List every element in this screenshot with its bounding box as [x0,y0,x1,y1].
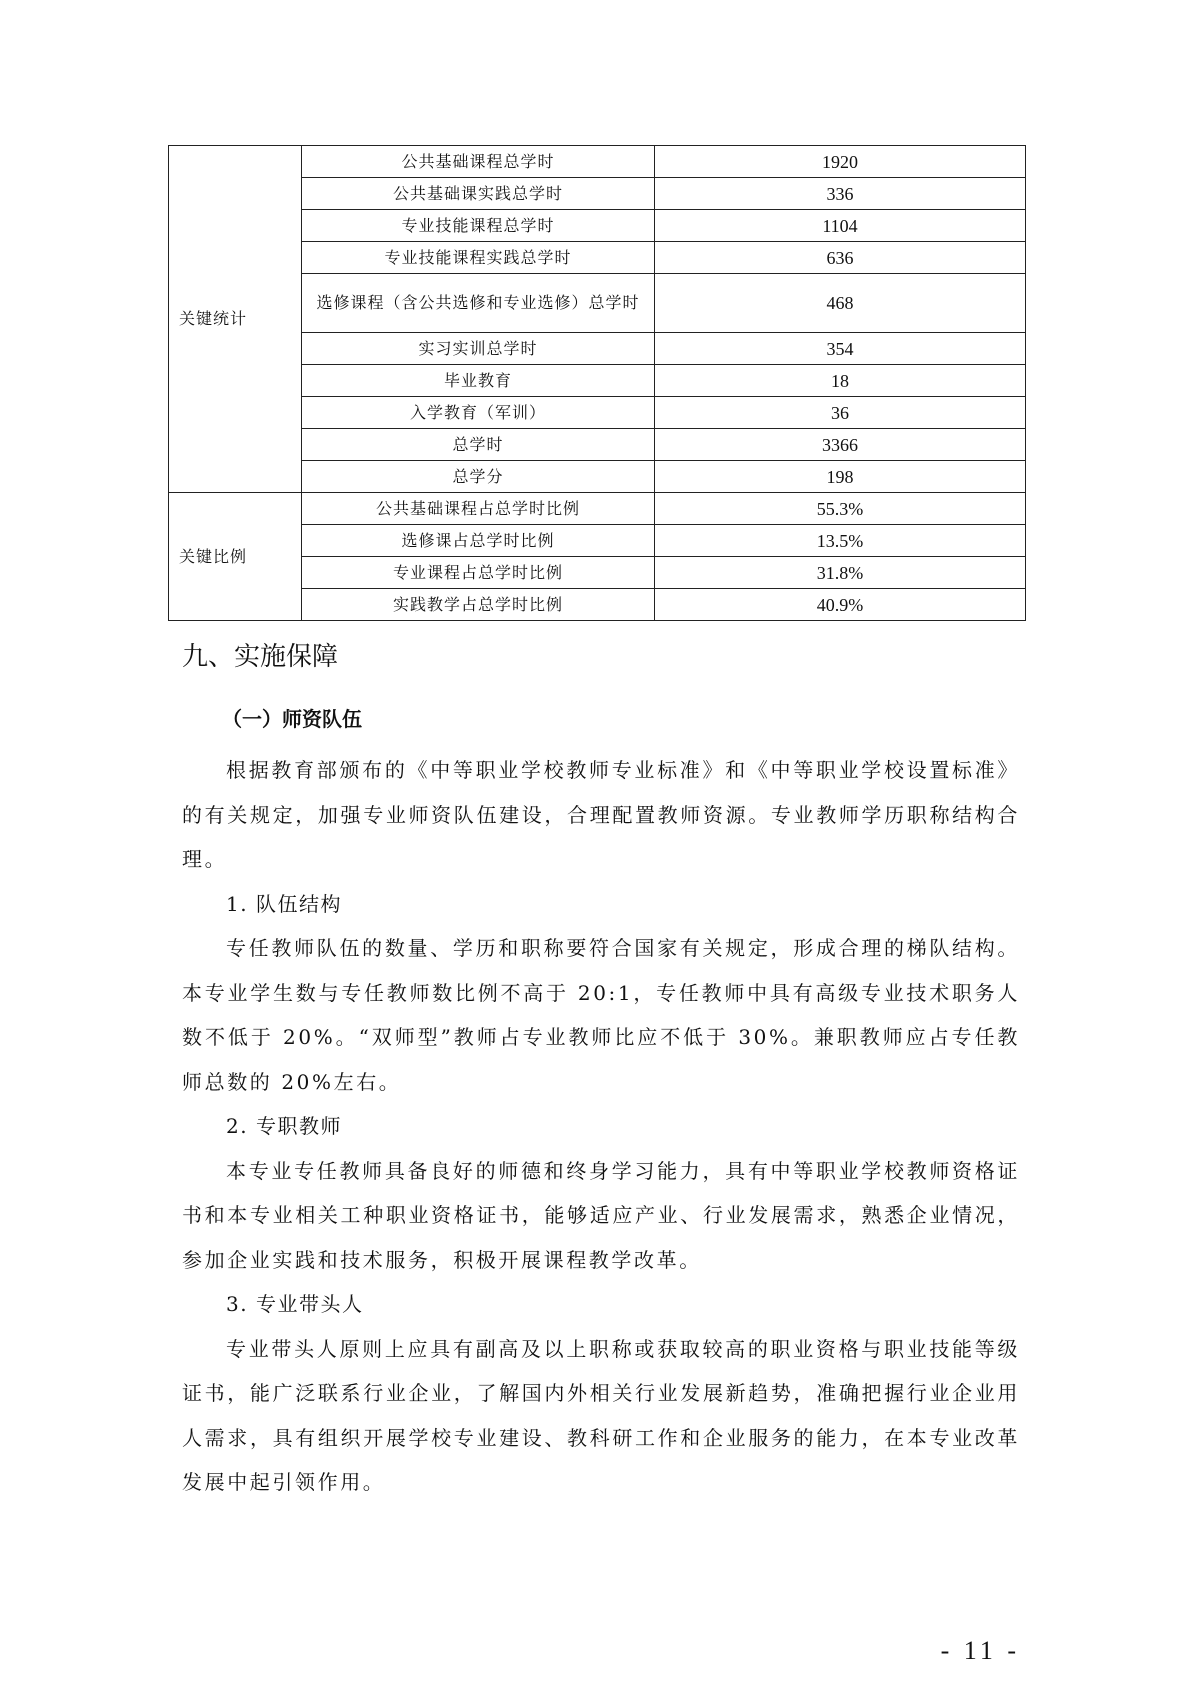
row-label: 入学教育（军训） [302,397,655,429]
row-label: 毕业教育 [302,365,655,397]
subsection-title: （一）师资队伍 [182,702,1020,736]
item-heading-team-structure: 1. 队伍结构 [182,882,1020,927]
row-label: 公共基础课实践总学时 [302,178,655,210]
row-value: 55.3% [655,493,1026,525]
row-label: 专业技能课程实践总学时 [302,242,655,274]
row-value: 13.5% [655,525,1026,557]
row-value: 40.9% [655,589,1026,621]
row-label: 专业课程占总学时比例 [302,557,655,589]
item-paragraph-team-structure: 专任教师队伍的数量、学历和职称要符合国家有关规定，形成合理的梯队结构。本专业学生… [182,926,1020,1104]
item-paragraph-fulltime-teachers: 本专业专任教师具备良好的师德和终身学习能力，具有中等职业学校教师资格证书和本专业… [182,1149,1020,1283]
group-label-key-statistics: 关键统计 [169,146,302,493]
page-number: - 11 - [0,1636,1020,1666]
row-value: 1920 [655,146,1026,178]
course-hours-table-container: 关键统计 公共基础课程总学时 1920 公共基础课实践总学时 336 专业技能课… [168,145,1026,621]
item-heading-fulltime-teachers: 2. 专职教师 [182,1104,1020,1149]
row-label: 选修课程（含公共选修和专业选修）总学时 [302,274,655,333]
row-label: 实习实训总学时 [302,333,655,365]
row-label: 实践教学占总学时比例 [302,589,655,621]
row-value: 354 [655,333,1026,365]
row-value: 636 [655,242,1026,274]
row-value: 198 [655,461,1026,493]
row-value: 36 [655,397,1026,429]
table-row: 关键比例 公共基础课程占总学时比例 55.3% [169,493,1026,525]
row-value: 1104 [655,210,1026,242]
group-label-key-ratios: 关键比例 [169,493,302,621]
row-value: 336 [655,178,1026,210]
row-value: 18 [655,365,1026,397]
section-title: 九、实施保障 [182,640,1020,674]
row-label: 专业技能课程总学时 [302,210,655,242]
course-hours-table: 关键统计 公共基础课程总学时 1920 公共基础课实践总学时 336 专业技能课… [168,145,1026,621]
row-label: 公共基础课程总学时 [302,146,655,178]
item-paragraph-program-leader: 专业带头人原则上应具有副高及以上职称或获取较高的职业资格与职业技能等级证书，能广… [182,1327,1020,1505]
row-value: 3366 [655,429,1026,461]
row-label: 总学分 [302,461,655,493]
row-value: 31.8% [655,557,1026,589]
document-body: 九、实施保障 （一）师资队伍 根据教育部颁布的《中等职业学校教师专业标准》和《中… [182,640,1020,1505]
row-value: 468 [655,274,1026,333]
row-label: 选修课占总学时比例 [302,525,655,557]
row-label: 公共基础课程占总学时比例 [302,493,655,525]
intro-paragraph: 根据教育部颁布的《中等职业学校教师专业标准》和《中等职业学校设置标准》的有关规定… [182,748,1020,882]
item-heading-program-leader: 3. 专业带头人 [182,1282,1020,1327]
table-row: 关键统计 公共基础课程总学时 1920 [169,146,1026,178]
row-label: 总学时 [302,429,655,461]
